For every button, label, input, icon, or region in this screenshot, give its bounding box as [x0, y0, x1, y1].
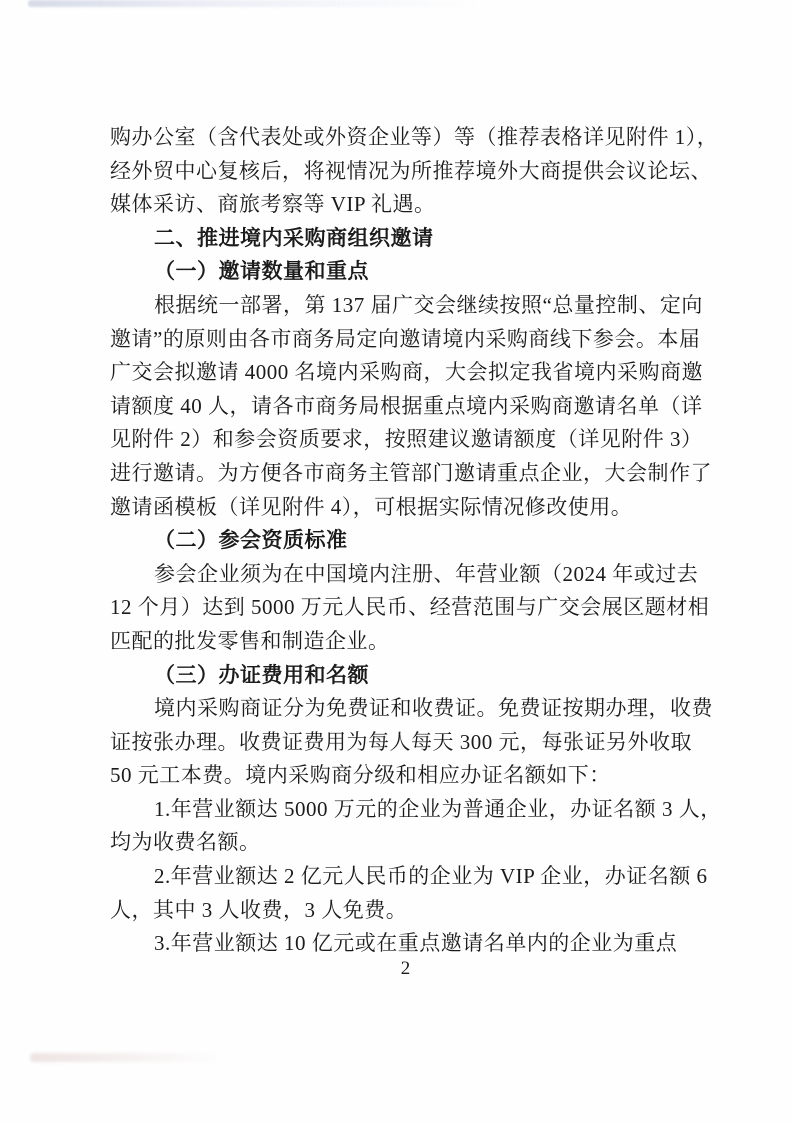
text-line: 请额度 40 人，请各市商务局根据重点境内采购商邀请名单（详 [110, 390, 705, 424]
text-line: 广交会拟邀请 4000 名境内采购商，大会拟定我省境内采购商邀 [110, 356, 705, 390]
text-line: （一）邀请数量和重点 [110, 255, 705, 289]
text-line: 12 个月）达到 5000 万元人民币、经营范围与广交会展区题材相 [110, 591, 705, 625]
text-line: 邀请”的原则由各市商务局定向邀请境内采购商线下参会。本届 [110, 323, 705, 357]
text-line: 50 元工本费。境内采购商分级和相应办证名额如下： [110, 759, 705, 793]
text-line: 参会企业须为在中国境内注册、年营业额（2024 年或过去 [110, 558, 705, 592]
text-line: 证按张办理。收费证费用为每人每天 300 元，每张证另外收取 [110, 726, 705, 760]
text-line: 根据统一部署，第 137 届广交会继续按照“总量控制、定向 [110, 289, 705, 323]
text-line: 见附件 2）和参会资质要求，按照建议邀请额度（详见附件 3） [110, 423, 705, 457]
text-line: 1.年营业额达 5000 万元的企业为普通企业，办证名额 3 人， [110, 793, 705, 827]
text-line: 均为收费名额。 [110, 826, 705, 860]
text-line: （三）办证费用和名额 [110, 659, 705, 693]
text-line: （二）参会资质标准 [110, 524, 705, 558]
text-line: 二、推进境内采购商组织邀请 [110, 222, 705, 256]
page-number: 2 [0, 957, 793, 980]
text-line: 3.年营业额达 10 亿元或在重点邀请名单内的企业为重点 [110, 927, 705, 961]
text-line: 媒体采访、商旅考察等 VIP 礼遇。 [110, 188, 705, 222]
scan-artifact-top [28, 0, 483, 7]
text-line: 匹配的批发零售和制造企业。 [110, 625, 705, 659]
text-line: 2.年营业额达 2 亿元人民币的企业为 VIP 企业，办证名额 6 [110, 860, 705, 894]
text-line: 经外贸中心复核后，将视情况为所推荐境外大商提供会议论坛、 [110, 155, 705, 189]
text-line: 邀请函模板（详见附件 4），可根据实际情况修改使用。 [110, 491, 705, 525]
scan-artifact-bottom [30, 1053, 225, 1062]
text-line: 进行邀请。为方便各市商务主管部门邀请重点企业，大会制作了 [110, 457, 705, 491]
document-page: 购办公室（含代表处或外资企业等）等（推荐表格详见附件 1），经外贸中心复核后，将… [0, 0, 793, 1122]
text-line: 购办公室（含代表处或外资企业等）等（推荐表格详见附件 1）， [110, 121, 705, 155]
text-line: 境内采购商证分为免费证和收费证。免费证按期办理，收费 [110, 692, 705, 726]
document-body: 购办公室（含代表处或外资企业等）等（推荐表格详见附件 1），经外贸中心复核后，将… [110, 121, 705, 961]
text-line: 人，其中 3 人收费，3 人免费。 [110, 894, 705, 928]
